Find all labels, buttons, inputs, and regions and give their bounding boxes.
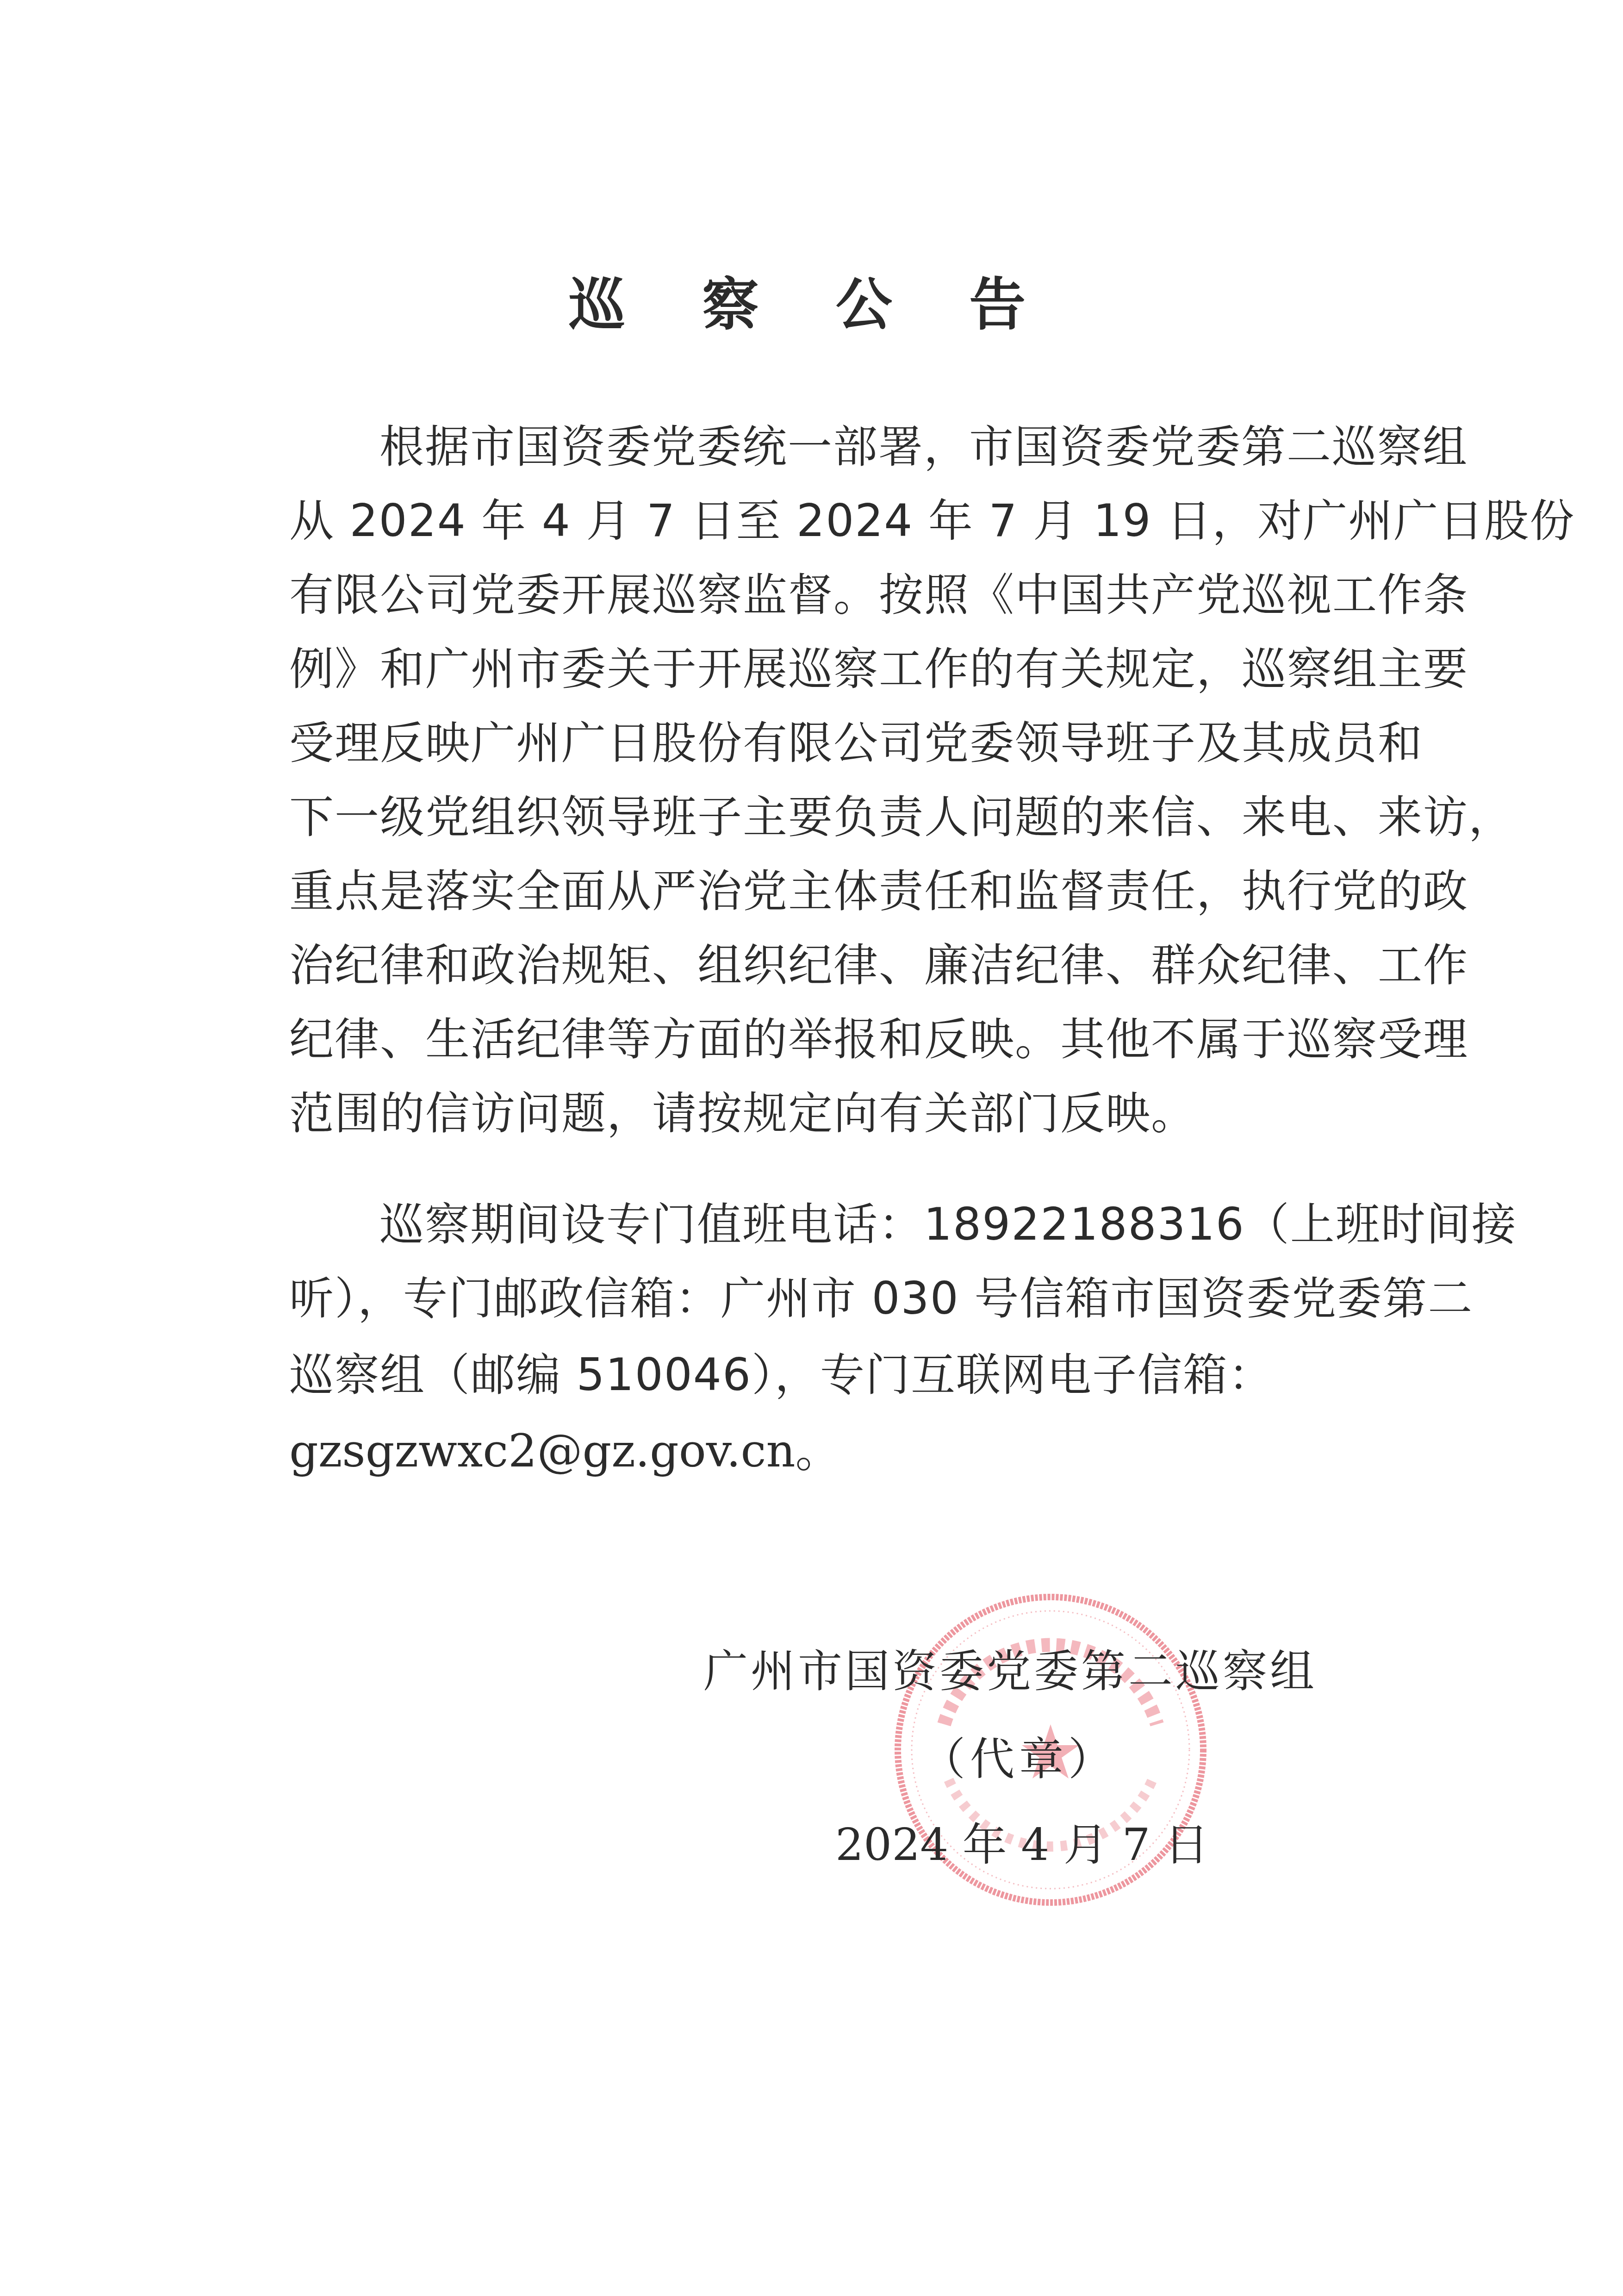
paragraph-1-line-3: 有限公司党委开展巡察监督。按照《中国共产党巡视工作条: [289, 567, 1414, 623]
notice-page: 巡 察 公 告 根据市国资委党委统一部署，市国资委党委第二巡察组 从 2024 …: [0, 0, 1623, 2296]
paragraph-1-line-6: 下一级党组织领导班子主要负责人问题的来信、来电、来访，: [289, 789, 1414, 845]
page-title: 巡 察 公 告: [0, 259, 1623, 340]
signature-date: 2024 年 4 月 7 日: [835, 1817, 1209, 1872]
paragraph-2-line-1: 巡察期间设专门值班电话：18922188316（上班时间接: [379, 1197, 1365, 1252]
paragraph-1-line-10: 范围的信访问题，请按规定向有关部门反映。: [289, 1086, 1414, 1141]
paragraph-2-line-2: 听），专门邮政信箱：广州市 030 号信箱市国资委党委第二: [289, 1271, 1374, 1326]
paragraph-1-line-4: 例》和广州市委关于开展巡察工作的有关规定，巡察组主要: [289, 641, 1414, 697]
paragraph-1-line-1: 根据市国资委党委统一部署，市国资委党委第二巡察组: [379, 419, 1414, 474]
paragraph-1-line-5: 受理反映广州广日股份有限公司党委领导班子及其成员和: [289, 715, 1414, 771]
signature-organization: 广州市国资委党委第二巡察组: [703, 1643, 1317, 1699]
paragraph-2-line-3: 巡察组（邮编 510046），专门互联网电子信箱：: [289, 1347, 1414, 1403]
signature-seal-note: （代章）: [921, 1731, 1117, 1787]
contact-email: gzsgzwxc2@gz.gov.cn。: [289, 1423, 841, 1479]
paragraph-1-line-8: 治纪律和政治规矩、组织纪律、廉洁纪律、群众纪律、工作: [289, 937, 1414, 993]
paragraph-1-line-2: 从 2024 年 4 月 7 日至 2024 年 7 月 19 日，对广州广日股…: [289, 493, 1414, 549]
paragraph-1-line-9: 纪律、生活纪律等方面的举报和反映。其他不属于巡察受理: [289, 1011, 1414, 1067]
paragraph-1-line-7: 重点是落实全面从严治党主体责任和监督责任，执行党的政: [289, 863, 1414, 919]
